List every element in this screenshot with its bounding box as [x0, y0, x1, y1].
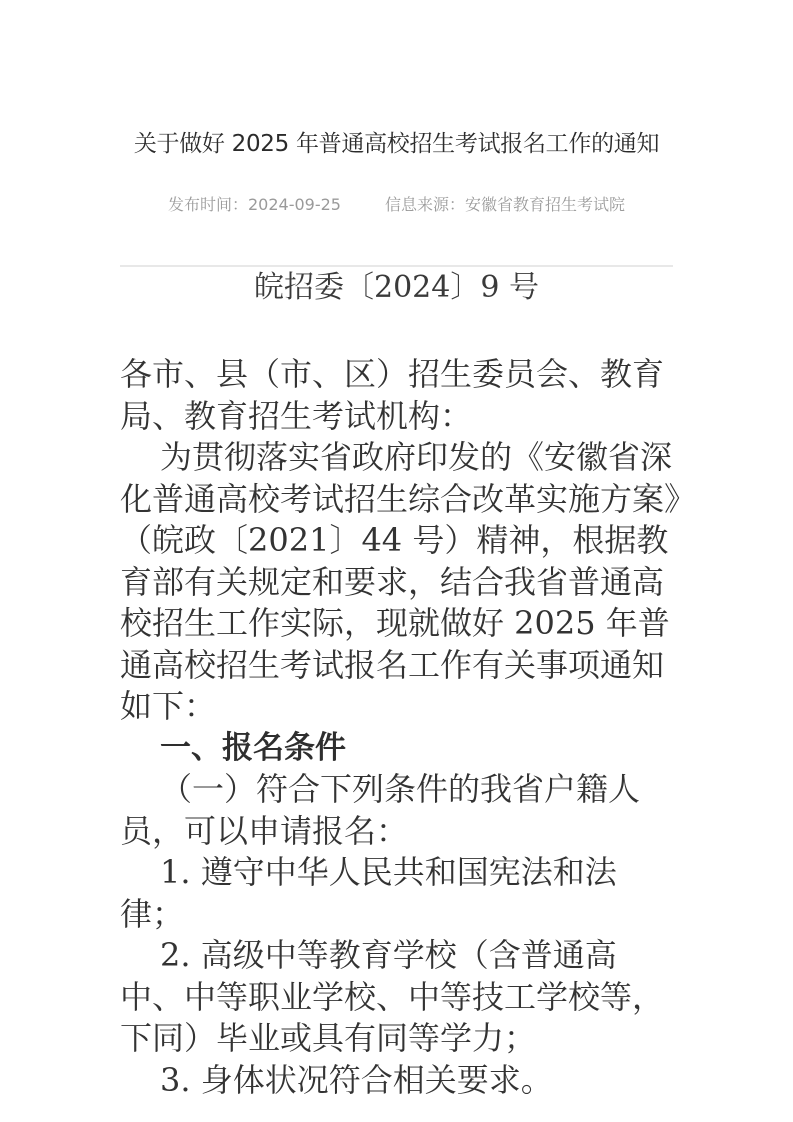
condition-item: 3. 身体状况符合相关要求。 — [120, 1060, 680, 1102]
intro-paragraph: 为贯彻落实省政府印发的《安徽省深化普通高校考试招生综合改革实施方案》（皖政〔20… — [120, 437, 680, 728]
condition-item: 2. 高级中等教育学校（含普通高中、中等职业学校、中等技工学校等，下同）毕业或具… — [120, 935, 680, 1060]
publish-date: 发布时间：2024-09-25 — [168, 195, 341, 214]
salutation: 各市、县（市、区）招生委员会、教育局、教育招生考试机构： — [120, 354, 680, 437]
condition-item: 1. 遵守中华人民共和国宪法和法律； — [120, 852, 680, 935]
article-body: 各市、县（市、区）招生委员会、教育局、教育招生考试机构： 为贯彻落实省政府印发的… — [120, 354, 680, 1101]
subsection-paragraph: （一）符合下列条件的我省户籍人员，可以申请报名： — [120, 769, 680, 852]
title-divider — [120, 265, 673, 267]
document-number: 皖招委〔2024〕9 号 — [0, 268, 793, 308]
section-heading: 一、报名条件 — [120, 728, 680, 770]
article-title: 关于做好 2025 年普通高校招生考试报名工作的通知 — [0, 126, 793, 162]
document-page: 关于做好 2025 年普通高校招生考试报名工作的通知 发布时间：2024-09-… — [0, 0, 793, 1122]
info-source: 信息来源：安徽省教育招生考试院 — [385, 195, 625, 214]
article-meta: 发布时间：2024-09-25信息来源：安徽省教育招生考试院 — [0, 191, 793, 219]
